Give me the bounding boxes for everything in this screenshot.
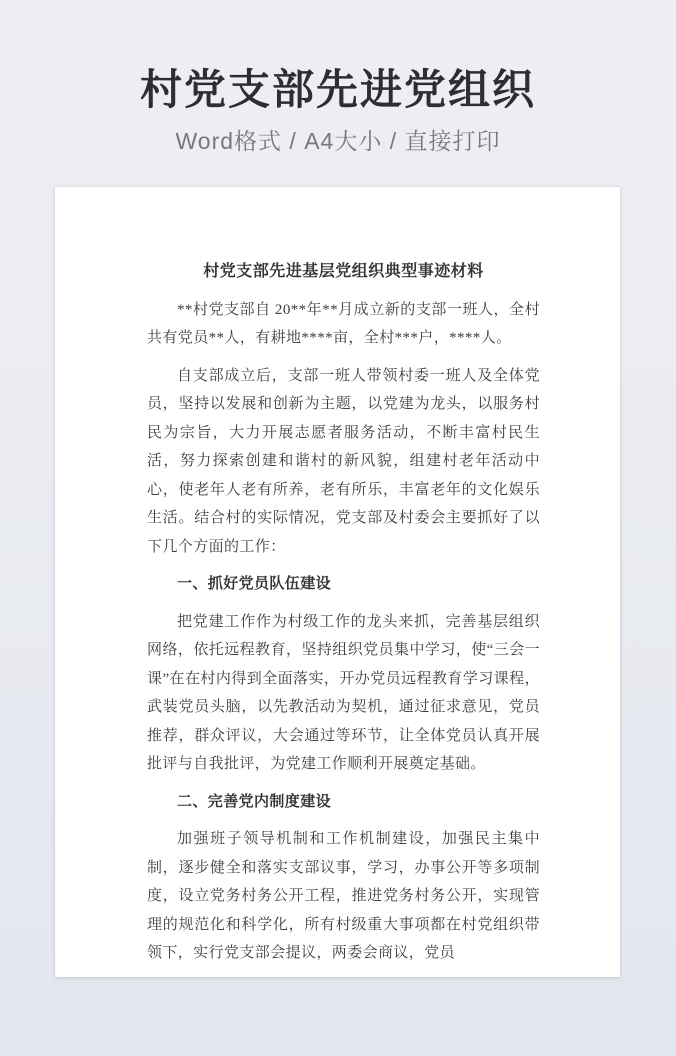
section-heading: 一、抓好党员队伍建设 — [147, 570, 540, 599]
document-page: 村党支部先进基层党组织典型事迹材料 **村党支部自 20**年**月成立新的支部… — [55, 187, 620, 977]
document-paragraph: **村党支部自 20**年**月成立新的支部一班人，全村共有党员**人，有耕地*… — [147, 296, 540, 353]
document-paragraph: 自支部成立后，支部一班人带领村委一班人及全体党员，坚持以发展和创新为主题，以党建… — [147, 362, 540, 562]
document-paragraph: 把党建工作作为村级工作的龙头来抓，完善基层组织网络，依托远程教育，坚持组织党员集… — [147, 608, 540, 779]
template-subtitle: Word格式 / A4大小 / 直接打印 — [0, 128, 676, 154]
template-preview: 村党支部先进党组织 Word格式 / A4大小 / 直接打印 村党支部先进基层党… — [0, 0, 676, 1056]
document-paragraph: 加强班子领导机制和工作机制建设，加强民主集中制，逐步健全和落实支部议事，学习，办… — [147, 825, 540, 968]
template-title: 村党支部先进党组织 — [0, 66, 676, 114]
document-title: 村党支部先进基层党组织典型事迹材料 — [147, 258, 540, 287]
template-header: 村党支部先进党组织 Word格式 / A4大小 / 直接打印 — [0, 0, 676, 154]
section-heading: 二、完善党内制度建设 — [147, 788, 540, 817]
